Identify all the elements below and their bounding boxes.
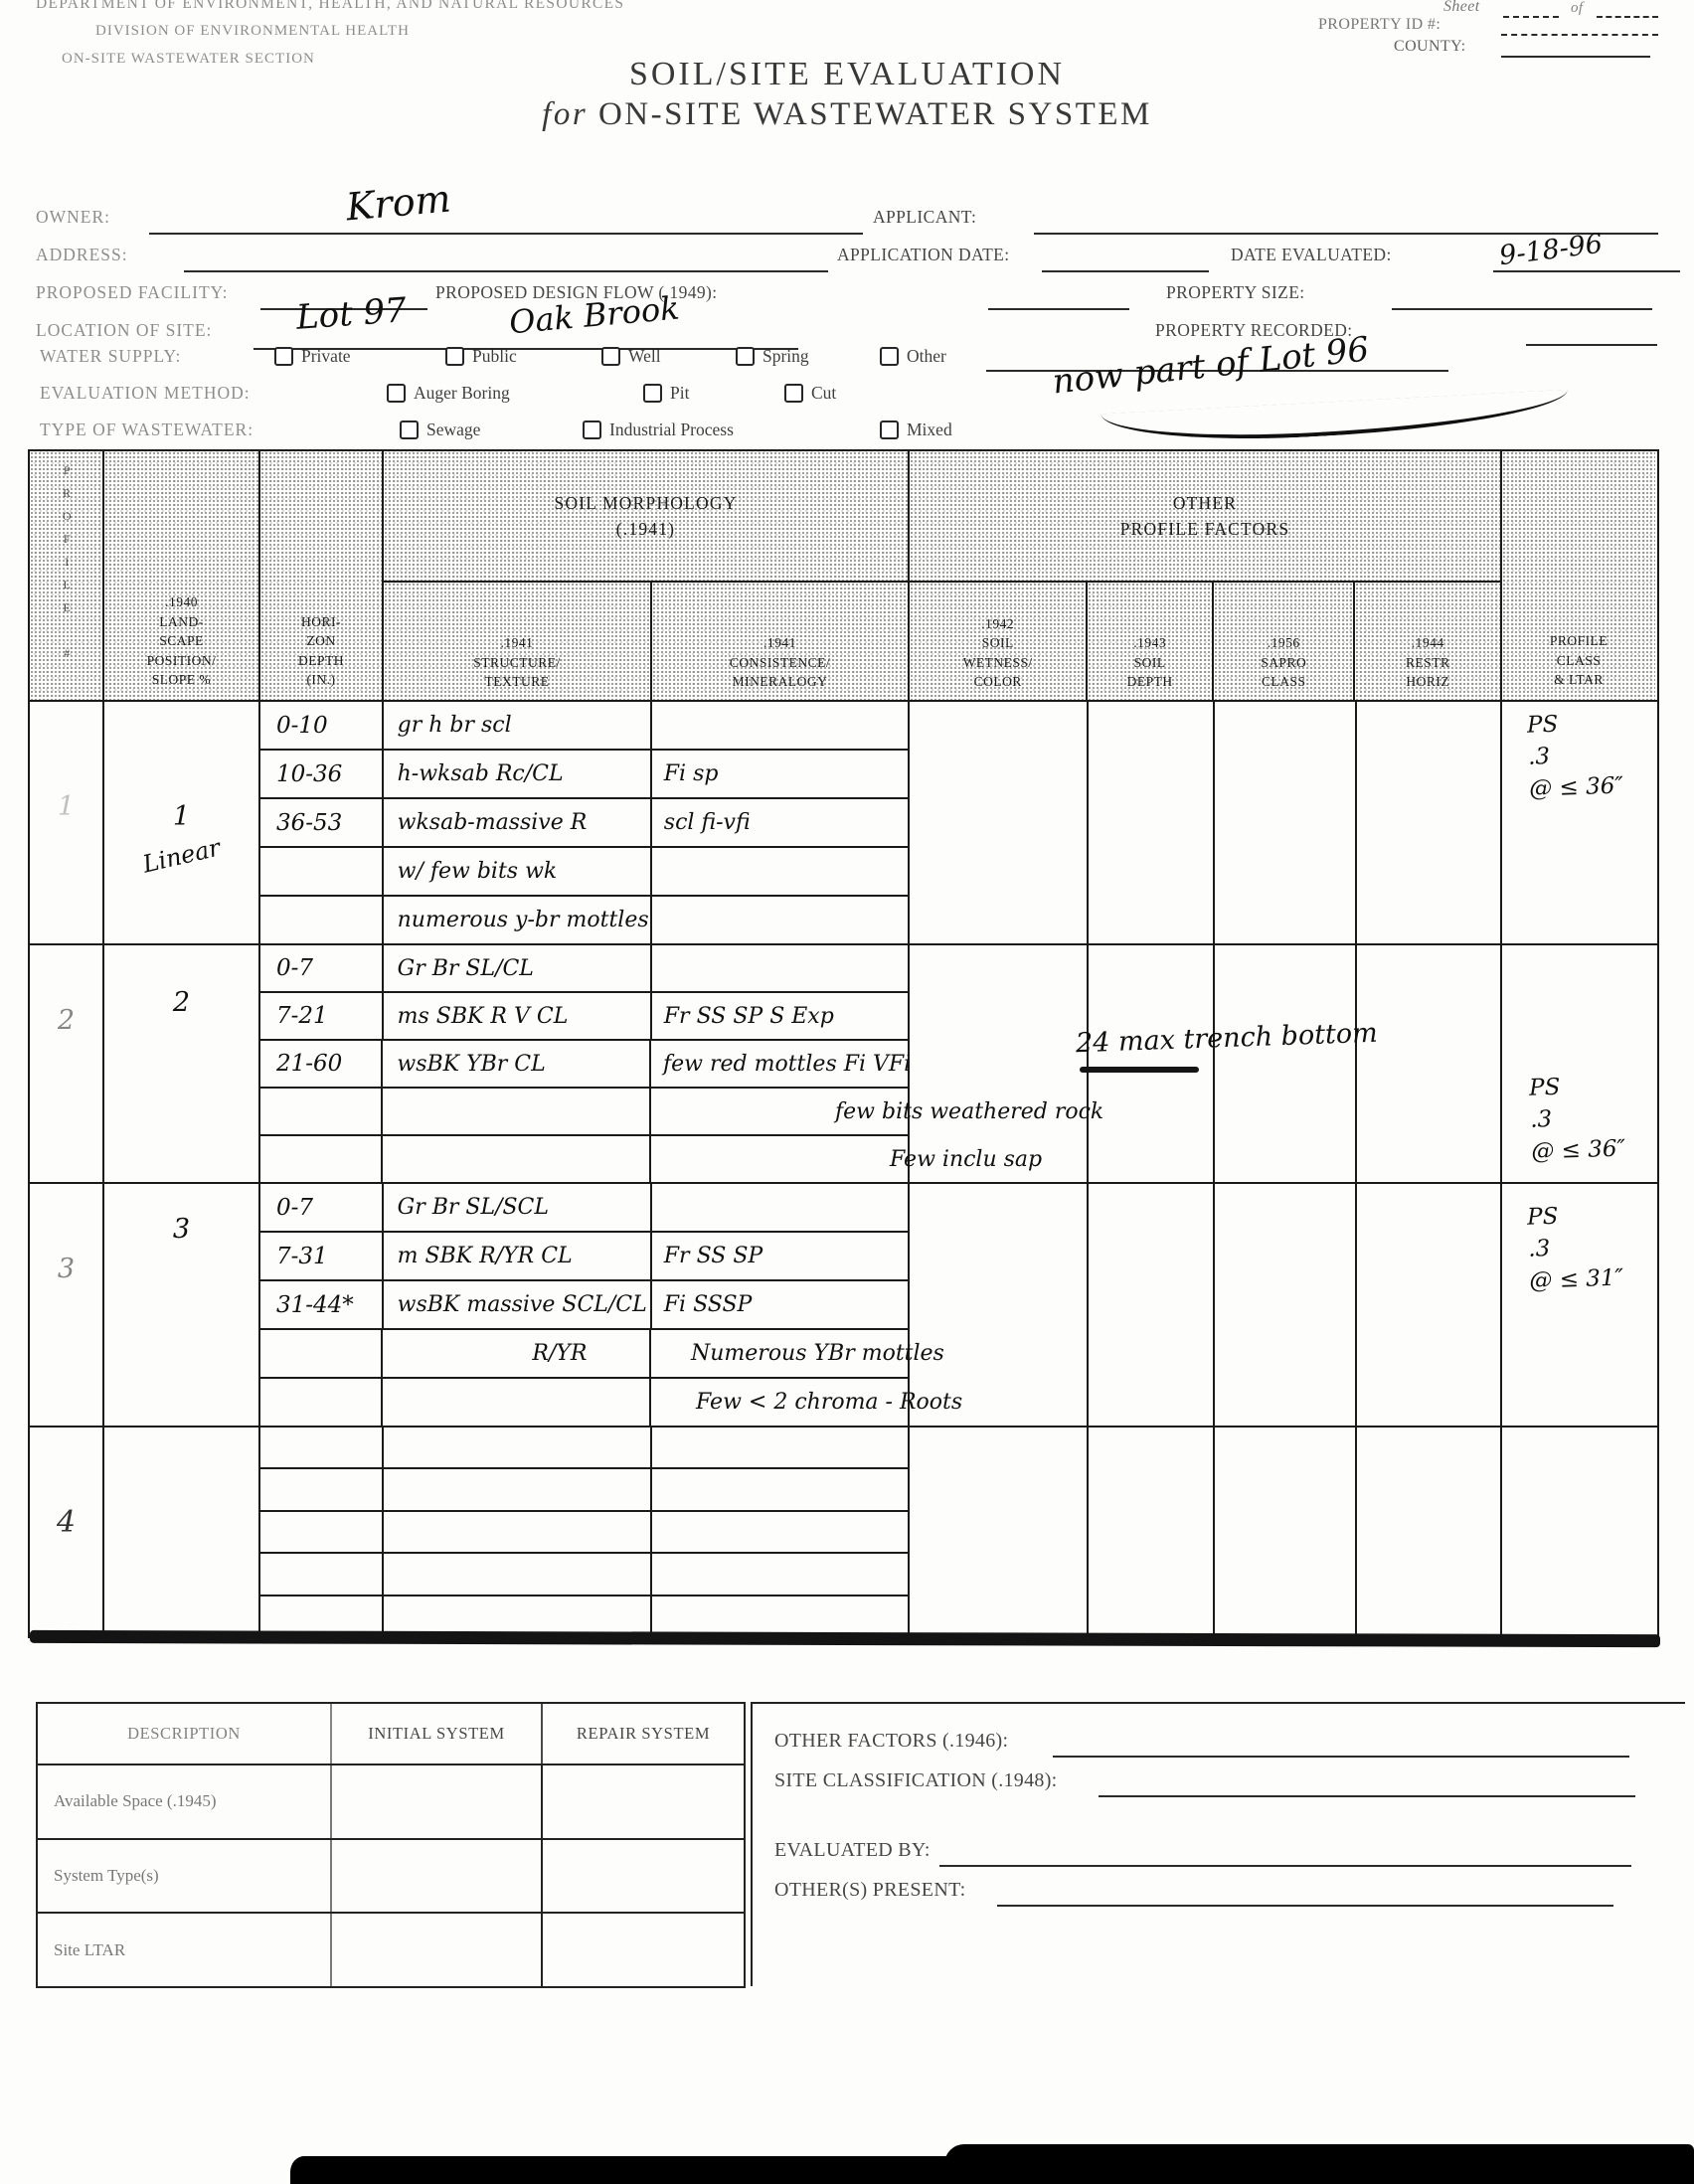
checkbox-water-other[interactable]: Other [880,346,946,367]
address-line[interactable] [184,270,828,272]
consistence-cell: Fi SSSP [652,1281,908,1328]
others-present-line[interactable] [997,1905,1613,1907]
wetness-cell [910,702,1089,943]
profile-number-cell: 1 [30,702,104,943]
structure-value: R/YR [383,1341,587,1366]
evaluated-by-label: EVALUATED BY: [774,1839,931,1862]
owner-label: OWNER: [36,207,110,228]
depth-cell: 0-10 [260,702,384,749]
consistence-cell [652,848,908,895]
depth-cell [260,1136,383,1182]
available-space-initial-cell[interactable] [332,1765,543,1838]
property-id-line[interactable] [1501,34,1658,36]
checkbox-water-public[interactable]: Public [445,346,517,367]
scanned-soil-evaluation-form: DEPARTMENT OF ENVIRONMENT, HEALTH, AND N… [0,0,1694,2184]
depth-cell: 7-21 [260,993,384,1039]
water-private-label: Private [301,346,351,367]
table-row: Site LTAR [38,1914,744,1986]
others-present-label: OTHER(S) PRESENT: [774,1879,965,1902]
sapro-cell [1215,702,1357,943]
soil-depth-cell [1089,945,1215,1182]
horizon-row: 7-31 m SBK R/YR CL Fr SS SP [260,1233,908,1281]
title-main-words: ON-SITE WASTEWATER SYSTEM [598,96,1152,132]
horizon-row [260,1554,908,1596]
profile-axis-header: PROFILE # [30,451,104,700]
location-label: LOCATION OF SITE: [36,320,212,341]
system-table-header-row: DESCRIPTION INITIAL SYSTEM REPAIR SYSTEM [38,1704,744,1765]
profile-class-ltar-value: PS .3 @ ≤ 36″ [1498,942,1659,1169]
consistence-cell [652,945,908,991]
address-label: ADDRESS: [36,245,128,265]
horizon-row [260,1428,908,1469]
checkbox-water-private[interactable]: Private [274,346,351,367]
soil-morphology-group-header: SOIL MORPHOLOGY (.1941) [384,451,908,583]
consistence-cell [652,897,908,943]
water-other-label: Other [907,346,946,367]
table-row: Available Space (.1945) [38,1765,744,1840]
water-public-box[interactable] [445,347,464,366]
structure-cell: Gr Br SL/SCL [384,1184,652,1231]
profile-number: 2 [58,1005,75,1182]
horizon-row: 36-53 wksab-massive R scl fi-vfi [260,799,908,848]
sapro-class-header: .1956 SAPRO CLASS [1214,583,1356,700]
horizon-rows: 0-7 Gr Br SL/SCL 7-31 m SBK R/YR CL Fr S… [260,1184,910,1426]
system-types-repair-cell[interactable] [543,1840,744,1913]
form-title-line-1: SOIL/SITE EVALUATION [0,56,1694,93]
landscape-cell [104,1428,260,1636]
department-line-2: DIVISION OF ENVIRONMENTAL HEALTH [95,23,410,40]
application-date-line[interactable] [1042,270,1209,272]
soil-depth-cell [1089,1428,1215,1636]
proposed-facility-label: PROPOSED FACILITY: [36,282,229,303]
wetness-cell [910,1184,1089,1426]
horizon-row: few bits weathered rock [260,1089,908,1136]
depth-value: 7-31 [260,1244,328,1269]
depth-cell [260,1379,383,1426]
water-other-box[interactable] [880,347,899,366]
table-header: PROFILE # .1940 LAND- SCAPE POSITION/ SL… [30,451,1657,702]
horizon-rows: 0-7 Gr Br SL/CL 7-21 ms SBK R V CL Fr SS… [260,945,910,1182]
profile-section-2: 2 2 0-7 Gr Br SL/CL 7-21 ms SBK R V CL F… [30,945,1657,1184]
consistence-cell: Few < 2 chroma - Roots [651,1379,908,1426]
morphology-subheaders: .1941 STRUCTURE/ TEXTURE .1941 CONSISTEN… [384,583,908,700]
profile-axis-label: PROFILE # [58,463,75,669]
ww-industrial-box[interactable] [583,420,601,439]
structure-value: m SBK R/YR CL [384,1244,573,1268]
structure-value: h-wksab Rc/CL [384,761,564,786]
horizon-row: R/YR Numerous YBr mottles [260,1330,908,1379]
property-recorded-line[interactable] [1526,344,1657,346]
depth-value: 0-7 [260,1195,313,1221]
consistence-cell [652,1428,908,1467]
restr-cell [1357,1428,1502,1636]
available-space-repair-cell[interactable] [543,1765,744,1838]
applicant-label: APPLICANT: [873,207,976,228]
other-factors-label: OTHER FACTORS (.1946): [774,1730,1008,1753]
date-evaluated-value: 9-18-96 [1497,229,1604,271]
depth-value: 31-44* [260,1292,354,1318]
structure-cell: numerous y-br mottles [384,897,652,943]
design-flow-line[interactable] [988,308,1129,310]
depth-cell: 21-60 [260,1041,383,1087]
landscape-header: .1940 LAND- SCAPE POSITION/ SLOPE % [104,451,260,700]
system-types-label: System Type(s) [38,1840,332,1913]
ww-mixed-label: Mixed [907,420,952,440]
structure-value: wksab-massive R [384,810,588,835]
horizon-row: 7-21 ms SBK R V CL Fr SS SP S Exp [260,993,908,1041]
evaluation-method-label: EVALUATION METHOD: [40,383,251,404]
restr-cell [1357,1184,1502,1426]
profile-section-3: 3 3 0-7 Gr Br SL/SCL 7-31 m SBK R/YR CL … [30,1184,1657,1428]
horizon-row: 0-10 gr h br scl [260,702,908,751]
ww-sewage-box[interactable] [400,420,419,439]
structure-value: wsBK massive SCL/CL [384,1292,647,1317]
checkbox-ww-mixed[interactable]: Mixed [880,420,952,440]
horizon-row: 31-44* wsBK massive SCL/CL Fi SSSP [260,1281,908,1330]
other-factors-line[interactable] [1053,1756,1629,1758]
other-profile-factors-group: OTHER PROFILE FACTORS .1942 SOIL WETNESS… [910,451,1502,700]
soil-depth-cell [1089,1184,1215,1426]
profile-number: 3 [58,1254,75,1426]
consistence-value: scl fi-vfi [652,810,751,835]
horizon-depth-header: HORI- ZON DEPTH (IN.) [260,451,384,700]
landscape-profile-number: 3 [173,1214,190,1245]
site-ltar-repair-cell[interactable] [543,1914,744,1986]
method-auger-label: Auger Boring [414,383,510,404]
checkbox-ww-sewage[interactable]: Sewage [400,420,480,440]
profile-class-ltar-header: PROFILE CLASS & LTAR [1502,451,1655,700]
structure-cell [384,1428,652,1467]
owner-line[interactable] [149,233,863,235]
form-title-line-2: for ON-SITE WASTEWATER SYSTEM [0,96,1694,133]
ww-sewage-label: Sewage [426,420,480,440]
structure-cell: R/YR [383,1330,651,1377]
profile-class-ltar-value: PS .3 @ ≤ 36″ [1500,699,1656,806]
structure-cell: wsBK YBr CL [383,1041,651,1087]
water-well-label: Well [628,346,661,367]
structure-value: Gr Br SL/CL [384,956,534,981]
consistence-value: Fr SS SP S Exp [652,1004,834,1029]
location-lot-value: Lot 97 [295,290,408,338]
horizon-row [260,1469,908,1511]
method-pit-box[interactable] [643,384,662,403]
department-line-1: DEPARTMENT OF ENVIRONMENT, HEALTH, AND N… [36,0,624,13]
checkbox-method-cut[interactable]: Cut [784,383,836,404]
horizon-row: 10-36 h-wksab Rc/CL Fi sp [260,751,908,799]
ltar-cell: PS .3 @ ≤ 31″ [1502,1184,1655,1426]
structure-cell: gr h br scl [384,702,652,749]
consistence-cell [652,1469,908,1509]
description-header: DESCRIPTION [38,1704,332,1764]
structure-cell [384,1469,652,1509]
structure-cell: Gr Br SL/CL [384,945,652,991]
soil-depth-cell [1089,702,1215,943]
property-size-label: PROPERTY SIZE: [1166,282,1305,303]
depth-cell: 36-53 [260,799,384,846]
consistence-mineralogy-header: .1941 CONSISTENCE/ MINERALOGY [652,583,908,700]
method-cut-label: Cut [811,383,836,404]
soil-depth-header: .1943 SOIL DEPTH [1088,583,1214,700]
horizon-row: Few < 2 chroma - Roots [260,1379,908,1426]
checkbox-method-pit[interactable]: Pit [643,383,689,404]
profile-number-cell: 2 [30,945,104,1182]
sheet-total-line[interactable] [1597,16,1658,18]
depth-value: 7-21 [260,1003,328,1029]
owner-handwritten-value: Krom [344,176,452,229]
site-ltar-initial-cell[interactable] [332,1914,543,1986]
depth-cell [260,1554,384,1594]
structure-cell [383,1089,651,1134]
profile-class-ltar-value: PS .3 @ ≤ 31″ [1500,1181,1657,1298]
water-spring-label: Spring [762,346,809,367]
horizon-rows: 0-10 gr h br scl 10-36 h-wksab Rc/CL Fi … [260,702,910,943]
date-evaluated-line[interactable] [1493,270,1680,272]
horizon-row: 0-7 Gr Br SL/CL [260,945,908,993]
water-private-box[interactable] [274,347,293,366]
structure-cell [384,1512,652,1552]
site-classification-label: SITE CLASSIFICATION (.1948): [774,1769,1058,1792]
county-label: COUNTY: [1394,38,1465,56]
property-size-line[interactable] [1392,308,1652,310]
horizon-row: 0-7 Gr Br SL/SCL [260,1184,908,1233]
evaluated-by-line[interactable] [939,1865,1631,1867]
ltar-cell [1502,1428,1655,1636]
restr-horiz-header: .1944 RESTR HORIZ [1355,583,1500,700]
ltar-cell: PS .3 @ ≤ 36″ [1502,945,1655,1182]
consistence-cell: Fr SS SP [652,1233,908,1279]
property-id-label: PROPERTY ID #: [1318,16,1440,34]
table-row: System Type(s) [38,1840,744,1915]
restr-cell [1357,702,1502,943]
consistence-cell [652,1554,908,1594]
horizon-row: numerous y-br mottles [260,897,908,943]
structure-cell: m SBK R/YR CL [384,1233,652,1279]
system-summary-table: DESCRIPTION INITIAL SYSTEM REPAIR SYSTEM… [36,1702,746,1988]
method-pit-label: Pit [670,383,689,404]
consistence-cell [652,1512,908,1552]
structure-value: w/ few bits wk [384,859,558,884]
sapro-cell [1215,945,1357,1182]
bottom-fields-area: OTHER FACTORS (.1946): SITE CLASSIFICATI… [751,1702,1685,1986]
consistence-cell [652,1596,908,1636]
structure-value: ms SBK R V CL [384,1004,569,1029]
profile-section-1: 1 1 Linear 0-10 gr h br scl 10-36 h-wksa… [30,702,1657,945]
lot-annotation-underline [1101,390,1569,448]
initial-system-header: INITIAL SYSTEM [332,1704,543,1764]
method-auger-box[interactable] [387,384,406,403]
consistence-cell: Fi sp [652,751,908,797]
structure-value: gr h br scl [384,713,512,738]
other-factors-group-header: OTHER PROFILE FACTORS [910,451,1500,583]
structure-cell [383,1136,651,1182]
landscape-value: Linear [140,833,223,878]
trench-bottom-underline [1080,1067,1199,1073]
structure-cell: w/ few bits wk [384,848,652,895]
checkbox-water-spring[interactable]: Spring [736,346,809,367]
structure-cell [384,1554,652,1594]
soil-wetness-header: .1942 SOIL WETNESS/ COLOR [910,583,1088,700]
sheet-label: Sheet [1443,0,1480,16]
scan-blob-artifact [944,2144,1694,2184]
water-supply-label: WATER SUPPLY: [40,346,181,367]
depth-value: 0-10 [260,713,328,739]
profile-number-cell: 3 [30,1184,104,1426]
consistence-value: Fr SS SP [652,1244,762,1268]
profile-number-cell: 4 [30,1428,104,1636]
consistence-cell: Fr SS SP S Exp [652,993,908,1039]
depth-cell: 31-44* [260,1281,384,1328]
consistence-value: few red mottles Fi VFi [651,1052,911,1077]
consistence-cell: few bits weathered rock [651,1089,908,1134]
soil-morphology-group: SOIL MORPHOLOGY (.1941) .1941 STRUCTURE/… [384,451,910,700]
structure-texture-header: .1941 STRUCTURE/ TEXTURE [384,583,652,700]
landscape-profile-number: 2 [173,987,190,1018]
consistence-cell: Few inclu sap [651,1136,908,1182]
depth-cell: 10-36 [260,751,384,797]
structure-value: wsBK YBr CL [383,1052,545,1077]
horizon-row: 21-60 wsBK YBr CL few red mottles Fi VFi [260,1041,908,1089]
sheet-of-label: of [1571,0,1583,17]
structure-cell: wsBK massive SCL/CL [384,1281,652,1328]
depth-value: 21-60 [260,1051,342,1077]
depth-cell [260,1330,383,1377]
sapro-cell [1215,1428,1357,1636]
structure-cell: wksab-massive R [384,799,652,846]
depth-cell: 0-7 [260,945,384,991]
landscape-cell: 2 [104,945,260,1182]
structure-cell: h-wksab Rc/CL [384,751,652,797]
wetness-cell [910,945,1089,1182]
available-space-label: Available Space (.1945) [38,1765,332,1838]
wetness-cell [910,1428,1089,1636]
consistence-value: Fi SSSP [652,1292,753,1317]
consistence-cell: few red mottles Fi VFi [651,1041,908,1087]
horizon-row [260,1512,908,1554]
structure-cell [383,1379,651,1426]
profile-section-4: 4 [30,1428,1657,1636]
ww-industrial-label: Industrial Process [609,420,734,440]
checkbox-water-well[interactable]: Well [601,346,661,367]
water-spring-box[interactable] [736,347,755,366]
depth-cell [260,1512,384,1552]
site-ltar-label: Site LTAR [38,1914,332,1986]
ltar-cell: PS .3 @ ≤ 36″ [1502,702,1655,943]
system-types-initial-cell[interactable] [332,1840,543,1913]
structure-value: Gr Br SL/SCL [384,1195,549,1220]
consistence-value: Numerous YBr mottles [651,1341,944,1366]
structure-value: numerous y-br mottles [384,908,649,932]
consistence-value: Fi sp [652,761,719,786]
depth-value: 36-53 [260,810,342,836]
depth-value: 0-7 [260,955,313,981]
other-factors-subheaders: .1942 SOIL WETNESS/ COLOR .1943 SOIL DEP… [910,583,1500,700]
repair-system-header: REPAIR SYSTEM [543,1704,744,1764]
profile-number: 1 [58,791,75,943]
depth-cell [260,848,384,895]
consistence-cell [652,1184,908,1231]
landscape-cell: 1 Linear [104,702,260,943]
consistence-cell: scl fi-vfi [652,799,908,846]
landscape-cell: 3 [104,1184,260,1426]
depth-cell: 0-7 [260,1184,384,1231]
date-evaluated-label: DATE EVALUATED: [1231,245,1392,265]
consistence-cell [652,702,908,749]
depth-value: 10-36 [260,761,342,787]
wastewater-type-label: TYPE OF WASTEWATER: [40,420,254,440]
application-date-label: APPLICATION DATE: [837,245,1010,265]
restr-cell [1357,945,1502,1182]
site-classification-line[interactable] [1099,1795,1635,1797]
consistence-cell: Numerous YBr mottles [651,1330,908,1377]
checkbox-ww-industrial[interactable]: Industrial Process [583,420,734,440]
sheet-number-line[interactable] [1503,16,1559,18]
depth-cell: 7-31 [260,1233,384,1279]
depth-cell [260,1089,383,1134]
horizon-row: Few inclu sap [260,1136,908,1182]
ww-mixed-box[interactable] [880,420,899,439]
soil-profile-table: PROFILE # .1940 LAND- SCAPE POSITION/ SL… [28,449,1659,1638]
depth-cell [260,897,384,943]
title-for-word: for [542,96,588,132]
horizon-row: w/ few bits wk [260,848,908,897]
water-public-label: Public [472,346,517,367]
depth-cell [260,1469,384,1509]
sapro-cell [1215,1184,1357,1426]
horizon-rows [260,1428,910,1636]
water-well-box[interactable] [601,347,620,366]
method-cut-box[interactable] [784,384,803,403]
structure-cell: ms SBK R V CL [384,993,652,1039]
depth-cell [260,1428,384,1467]
checkbox-method-auger[interactable]: Auger Boring [387,383,510,404]
profile-number: 4 [57,1505,76,1636]
landscape-profile-number: 1 [173,801,190,832]
